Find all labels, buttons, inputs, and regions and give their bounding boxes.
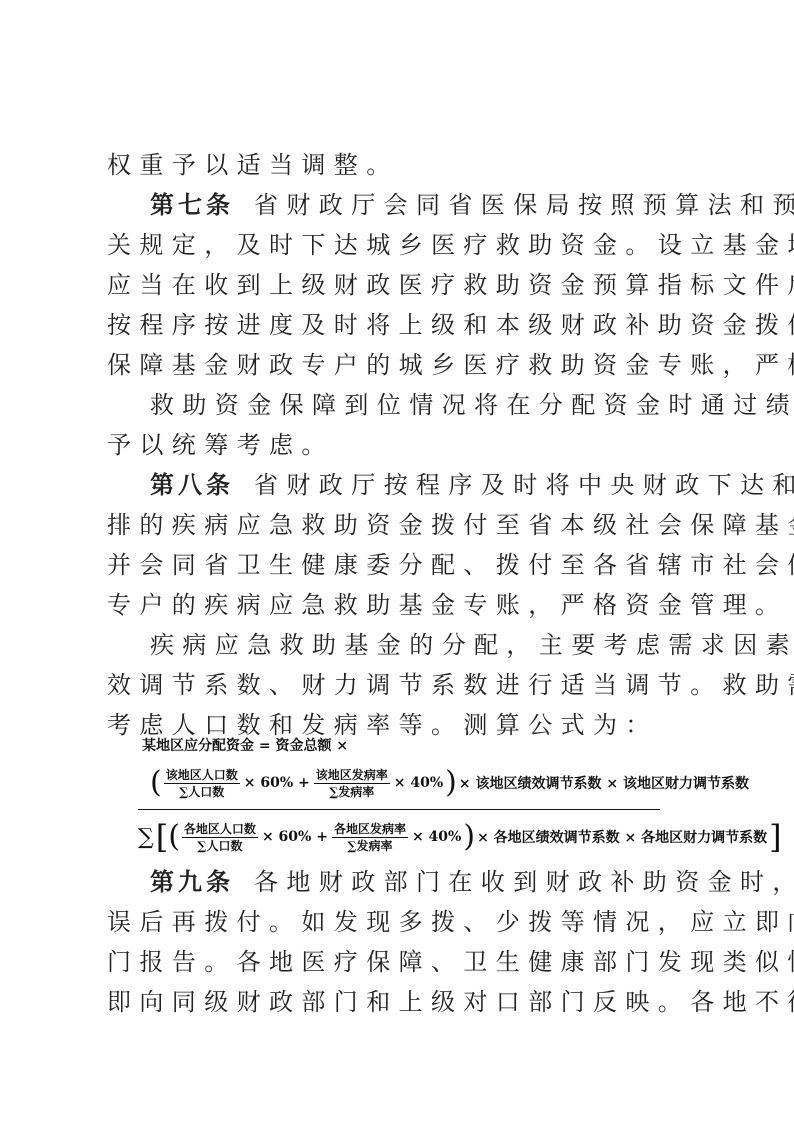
fraction-bottom: ∑人口数	[177, 784, 226, 800]
fraction-top: 各地区人口数	[182, 821, 258, 838]
fraction-population: 各地区人口数 ∑人口数	[182, 821, 258, 854]
text-line: 门报告。各地医疗保障、卫生健康部门发现类似情况的，应立	[107, 946, 697, 978]
line-text: 关规定，及时下达城乡医疗救助资金。设立基金地区财政部门	[107, 231, 794, 259]
allocation-formula: 某地区应分配资金 = 资金总额 × ( 该地区人口数 ∑人口数 × 60% + …	[138, 735, 678, 850]
line-text: 按程序按进度及时将上级和本级财政补助资金拨付至本级社会	[107, 311, 794, 339]
article-label: 第七条	[150, 190, 234, 219]
fraction-incidence: 该地区发病率 ∑发病率	[314, 767, 390, 800]
open-paren: (	[150, 768, 162, 798]
text-line: 保障基金财政专户的城乡医疗救助资金专账，严格资金管理。	[107, 349, 697, 381]
text-line: 即向同级财政部门和上级对口部门反映。各地不得擅自分配处	[107, 986, 697, 1018]
fraction-bottom: ∑人口数	[195, 838, 244, 854]
text-line: 效调节系数、财力调节系数进行适当调节。救助需求因素主要	[107, 669, 697, 701]
coefficient-terms: × 该地区绩效调节系数 × 该地区财力调节系数	[459, 773, 749, 793]
line-text: 排的疾病应急救助资金拨付至省本级社会保障基金财政专户，	[107, 511, 794, 539]
article-label: 第九条	[150, 867, 234, 896]
weight-60: × 60% +	[262, 829, 328, 845]
text-line: 权重予以适当调整。	[107, 149, 697, 181]
close-paren: )	[463, 822, 475, 852]
weight-40: × 40%	[394, 775, 443, 791]
text-line: 予以统筹考虑。	[107, 429, 697, 461]
line-text: 省财政厅按程序及时将中央财政下达和省本级安	[254, 471, 794, 499]
line-text: 各地财政部门在收到财政补助资金时，应核对无	[254, 868, 794, 896]
formula-numerator: ( 该地区人口数 ∑人口数 × 60% + 该地区发病率 ∑发病率 × 40% …	[150, 763, 751, 803]
close-paren: )	[445, 768, 457, 798]
fraction-incidence: 各地区发病率 ∑发病率	[332, 821, 408, 854]
formula-denominator: ∑ [ ( 各地区人口数 ∑人口数 × 60% + 各地区发病率 ∑发病率 × …	[138, 817, 782, 857]
close-bracket: ]	[769, 822, 781, 852]
sigma-symbol: ∑	[138, 825, 154, 850]
line-text: 权重予以适当调整。	[107, 151, 399, 179]
text-line: 专户的疾病应急救助基金专账，严格资金管理。	[107, 589, 697, 621]
fraction-bottom: ∑发病率	[327, 784, 376, 800]
weight-60: × 60% +	[244, 775, 310, 791]
weight-40: × 40%	[412, 829, 461, 845]
fraction-population: 该地区人口数 ∑人口数	[164, 767, 240, 800]
text-line: 关规定，及时下达城乡医疗救助资金。设立基金地区财政部门	[107, 229, 697, 261]
line-text: 应当在收到上级财政医疗救助资金预算指标文件后，于年度内	[107, 271, 794, 299]
fraction-top: 该地区发病率	[314, 767, 390, 784]
fraction-bar	[138, 809, 660, 810]
line-text: 误后再拨付。如发现多拨、少拨等情况，应立即向上级财政部	[107, 908, 794, 936]
document-page: 权重予以适当调整。 第七条省财政厅会同省医保局按照预算法和预算管理有 关规定，及…	[0, 0, 794, 1122]
line-text: 保障基金财政专户的城乡医疗救助资金专账，严格资金管理。	[107, 351, 794, 379]
line-text: 专户的疾病应急救助基金专账，严格资金管理。	[107, 591, 787, 619]
text-line: 按程序按进度及时将上级和本级财政补助资金拨付至本级社会	[107, 309, 697, 341]
line-text: 疾病应急救助基金的分配，主要考虑需求因素，并使用绩	[150, 631, 794, 659]
article-8-heading-line: 第八条省财政厅按程序及时将中央财政下达和省本级安	[150, 469, 700, 501]
coefficient-terms: × 各地区绩效调节系数 × 各地区财力调节系数	[477, 827, 767, 847]
open-paren: (	[168, 822, 180, 852]
line-text: 即向同级财政部门和上级对口部门反映。各地不得擅自分配处	[107, 988, 794, 1016]
article-9-heading-line: 第九条各地财政部门在收到财政补助资金时，应核对无	[150, 866, 700, 898]
line-text: 救助资金保障到位情况将在分配资金时通过绩效调节系数	[150, 391, 794, 419]
line-text: 并会同省卫生健康委分配、拨付至各省辖市社会保障基金财政	[107, 551, 794, 579]
fraction-bottom: ∑发病率	[345, 838, 394, 854]
paragraph-line: 疾病应急救助基金的分配，主要考虑需求因素，并使用绩	[150, 629, 700, 661]
text-line: 排的疾病应急救助资金拨付至省本级社会保障基金财政专户，	[107, 509, 697, 541]
formula-head: 某地区应分配资金 = 资金总额 ×	[142, 735, 348, 755]
paragraph-line: 救助资金保障到位情况将在分配资金时通过绩效调节系数	[150, 389, 700, 421]
line-text: 予以统筹考虑。	[107, 431, 334, 459]
article-label: 第八条	[150, 470, 234, 499]
text-line: 并会同省卫生健康委分配、拨付至各省辖市社会保障基金财政	[107, 549, 697, 581]
line-text: 省财政厅会同省医保局按照预算法和预算管理有	[254, 191, 794, 219]
open-bracket: [	[156, 822, 168, 852]
article-7-heading-line: 第七条省财政厅会同省医保局按照预算法和预算管理有	[150, 189, 700, 221]
text-line: 误后再拨付。如发现多拨、少拨等情况，应立即向上级财政部	[107, 906, 697, 938]
text-line: 应当在收到上级财政医疗救助资金预算指标文件后，于年度内	[107, 269, 697, 301]
line-text: 效调节系数、财力调节系数进行适当调节。救助需求因素主要	[107, 671, 794, 699]
fraction-top: 各地区发病率	[332, 821, 408, 838]
fraction-top: 该地区人口数	[164, 767, 240, 784]
line-text: 门报告。各地医疗保障、卫生健康部门发现类似情况的，应立	[107, 948, 794, 976]
